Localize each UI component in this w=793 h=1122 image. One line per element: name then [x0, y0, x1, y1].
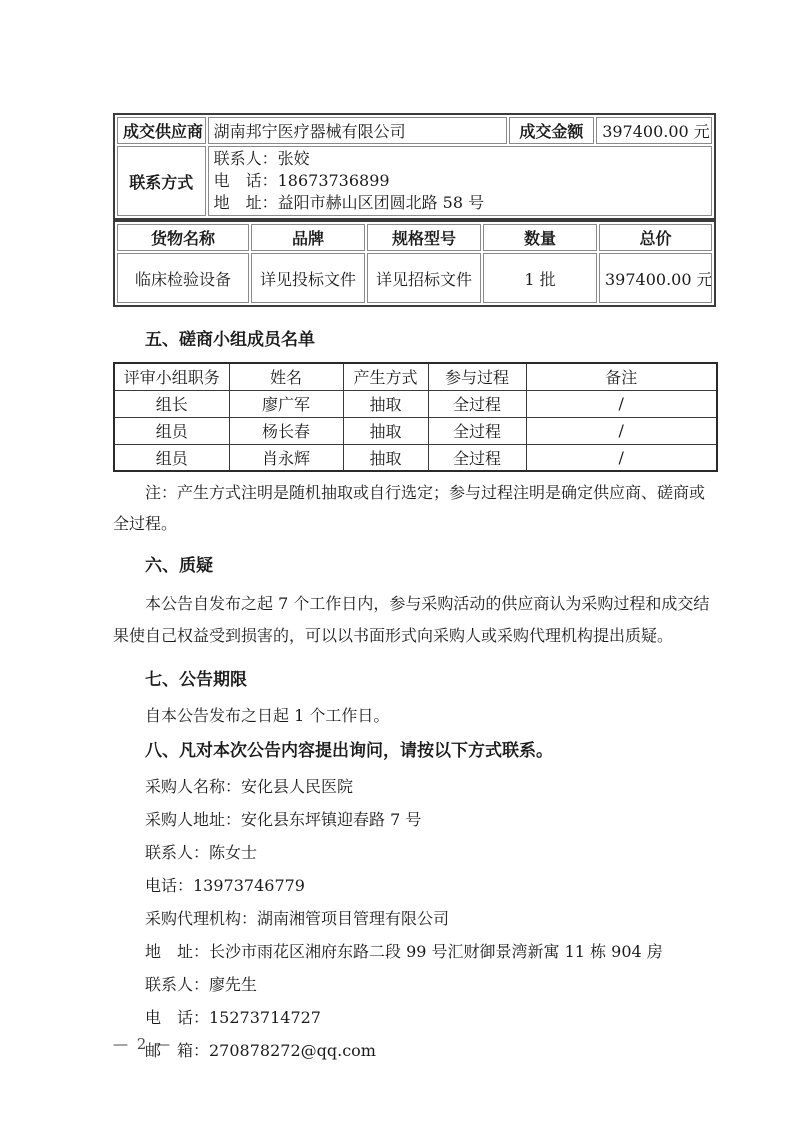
panel-cell: 抽取: [343, 390, 428, 417]
page-number: — 2 —: [113, 1035, 172, 1053]
goods-header-row: 货物名称 品牌 规格型号 数量 总价: [117, 224, 712, 251]
panel-cell: 肖永辉: [229, 444, 343, 471]
panel-cell: /: [526, 390, 717, 417]
panel-header-cell: 姓名: [229, 363, 343, 390]
panel-cell: /: [526, 417, 717, 444]
contact-phone-line: 电 话：18673736899: [214, 170, 706, 192]
goods-data-row: 临床检验设备 详见投标文件 详见招标文件 1 批 397400.00 元: [117, 253, 712, 303]
query-paragraph: 本公告自发布之起 7 个工作日内，参与采购活动的供应商认为采购过程和成交结果使自…: [113, 588, 716, 652]
inquiry-line-agency-address: 地 址：长沙市雨花区湘府东路二段 99 号汇财御景湾新寓 11 栋 904 房: [113, 944, 716, 960]
document-page: 成交供应商 湖南邦宁医疗器械有限公司 成交金额 397400.00 元 联系方式…: [0, 0, 793, 1122]
period-paragraph: 自本公告发布之日起 1 个工作日。: [113, 708, 716, 724]
panel-cell: 杨长春: [229, 417, 343, 444]
inquiry-line-agency-name: 采购代理机构：湖南湘管项目管理有限公司: [113, 911, 716, 927]
panel-cell: /: [526, 444, 717, 471]
goods-header-cell: 数量: [483, 224, 597, 251]
goods-header-cell: 货物名称: [117, 224, 249, 251]
panel-header-row: 评审小组职务 姓名 产生方式 参与过程 备注: [114, 363, 717, 390]
section-title-inquiry: 八、凡对本次公告内容提出询问，请按以下方式联系。: [113, 740, 716, 762]
panel-cell: 抽取: [343, 444, 428, 471]
panel-cell: 组员: [114, 417, 229, 444]
section-title-panel: 五、磋商小组成员名单: [113, 329, 716, 351]
panel-cell: 全过程: [428, 417, 526, 444]
goods-cell: 1 批: [483, 253, 597, 303]
panel-header-cell: 备注: [526, 363, 717, 390]
inquiry-line-purchaser-contact: 联系人：陈女士: [113, 845, 716, 861]
contact-row: 联系方式 联系人：张姣 电 话：18673736899 地 址：益阳市赫山区团圆…: [117, 146, 712, 216]
goods-table: 货物名称 品牌 规格型号 数量 总价 临床检验设备 详见投标文件 详见招标文件 …: [113, 220, 716, 307]
goods-cell: 详见投标文件: [251, 253, 365, 303]
panel-row: 组长 廖广军 抽取 全过程 /: [114, 390, 717, 417]
goods-cell: 397400.00 元: [599, 253, 712, 303]
goods-header-cell: 品牌: [251, 224, 365, 251]
panel-table: 评审小组职务 姓名 产生方式 参与过程 备注 组长 廖广军 抽取 全过程 / 组…: [113, 362, 718, 472]
contact-address-line: 地 址：益阳市赫山区团圆北路 58 号: [214, 192, 706, 214]
panel-cell: 组员: [114, 444, 229, 471]
panel-note: 注：产生方式注明是随机抽取或自行选定；参与过程注明是确定供应商、磋商或全过程。: [113, 477, 716, 539]
inquiry-line-purchaser-address: 采购人地址：安化县东坪镇迎春路 7 号: [113, 812, 716, 828]
amount-label-cell: 成交金额: [509, 117, 595, 144]
inquiry-line-agency-contact: 联系人：廖先生: [113, 977, 716, 993]
goods-cell: 详见招标文件: [367, 253, 481, 303]
supplier-label-cell: 成交供应商: [117, 117, 206, 144]
panel-row: 组员 杨长春 抽取 全过程 /: [114, 417, 717, 444]
supplier-name-cell: 湖南邦宁医疗器械有限公司: [208, 117, 507, 144]
goods-header-cell: 规格型号: [367, 224, 481, 251]
award-table: 成交供应商 湖南邦宁医疗器械有限公司 成交金额 397400.00 元 联系方式…: [113, 113, 716, 220]
goods-cell: 临床检验设备: [117, 253, 249, 303]
award-row: 成交供应商 湖南邦宁医疗器械有限公司 成交金额 397400.00 元: [117, 117, 712, 144]
panel-cell: 组长: [114, 390, 229, 417]
document-content: 成交供应商 湖南邦宁医疗器械有限公司 成交金额 397400.00 元 联系方式…: [113, 113, 716, 1059]
goods-header-cell: 总价: [599, 224, 712, 251]
inquiry-line-agency-email: 邮 箱：270878272@qq.com: [113, 1043, 716, 1059]
section-title-query: 六、质疑: [113, 555, 716, 577]
panel-cell: 全过程: [428, 390, 526, 417]
panel-header-cell: 评审小组职务: [114, 363, 229, 390]
amount-value-cell: 397400.00 元: [596, 117, 712, 144]
inquiry-line-agency-phone: 电 话：15273714727: [113, 1010, 716, 1026]
panel-row: 组员 肖永辉 抽取 全过程 /: [114, 444, 717, 471]
panel-header-cell: 参与过程: [428, 363, 526, 390]
contact-person-line: 联系人：张姣: [214, 148, 706, 170]
inquiry-line-purchaser-name: 采购人名称：安化县人民医院: [113, 779, 716, 795]
section-title-period: 七、公告期限: [113, 669, 716, 691]
inquiry-line-purchaser-phone: 电话：13973746779: [113, 878, 716, 894]
contact-label-cell: 联系方式: [117, 146, 206, 216]
panel-cell: 廖广军: [229, 390, 343, 417]
panel-cell: 全过程: [428, 444, 526, 471]
panel-cell: 抽取: [343, 417, 428, 444]
panel-header-cell: 产生方式: [343, 363, 428, 390]
contact-info-cell: 联系人：张姣 电 话：18673736899 地 址：益阳市赫山区团圆北路 58…: [208, 146, 712, 216]
